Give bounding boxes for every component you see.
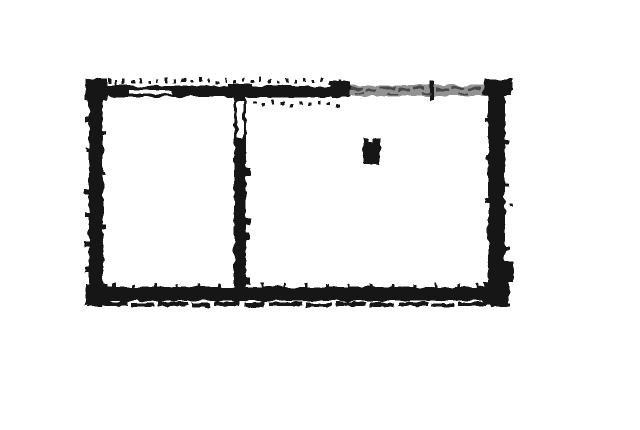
scan-speckle — [338, 79, 341, 84]
scan-speckle — [370, 303, 394, 307]
scan-speckle — [85, 267, 93, 272]
right-wall-bump — [501, 261, 514, 282]
scan-speckle — [132, 303, 154, 307]
scan-speckle — [84, 241, 93, 247]
scan-speckle — [154, 283, 157, 289]
scan-speckle — [312, 80, 314, 83]
scan-speckle — [392, 283, 394, 288]
scan-speckle — [308, 103, 312, 106]
scan-speckle — [233, 80, 236, 84]
scan-speckle — [485, 118, 492, 123]
bottom-right-corner-blob — [483, 282, 509, 305]
gray-band-dash — [350, 87, 362, 90]
partition-knob-2 — [245, 218, 250, 225]
scan-speckle — [413, 284, 416, 289]
scan-speckle — [192, 303, 210, 307]
scan-speckle — [214, 302, 240, 306]
scan-speckle — [131, 80, 135, 83]
scan-speckle — [295, 80, 297, 84]
scan-speckle — [253, 101, 257, 104]
scan-speckle — [158, 302, 188, 306]
scan-speckle — [510, 203, 513, 207]
scan-speckle — [182, 78, 186, 82]
scan-speckle — [503, 247, 509, 251]
scan-speckle — [370, 284, 373, 289]
scan-speckle — [303, 78, 306, 82]
scan-speckle — [225, 78, 227, 83]
top-left-corner-blob — [85, 79, 108, 100]
gray-band-dash — [458, 93, 468, 95]
scan-speckle — [320, 78, 323, 82]
scan-speckle — [306, 303, 332, 307]
scan-speckle — [398, 302, 428, 306]
scan-speckle — [435, 283, 437, 289]
scan-speckle — [108, 79, 111, 84]
scan-speckle — [191, 80, 193, 83]
scan-speckle — [199, 77, 202, 82]
scan-speckle — [318, 100, 321, 104]
scan-speckle — [326, 284, 329, 289]
gray-band-dash — [380, 86, 394, 89]
scan-speckle — [208, 79, 210, 83]
scan-speckle — [286, 78, 289, 83]
scan-speckle — [165, 78, 168, 83]
scan-speckle — [348, 283, 350, 289]
scan-speckle — [283, 284, 285, 289]
scan-speckle — [329, 81, 332, 85]
scan-speckle — [101, 172, 106, 175]
scan-speckle — [271, 100, 274, 104]
scan-speckle — [176, 284, 178, 289]
floor-plan-diagram — [0, 0, 640, 430]
gray-band-dash — [388, 93, 399, 95]
scanned-page — [0, 0, 640, 430]
scan-speckle — [259, 77, 261, 82]
scan-speckle — [115, 81, 117, 85]
scan-speckle — [280, 102, 284, 105]
scan-speckle — [490, 303, 510, 307]
partition-slot — [237, 102, 243, 138]
scan-speckle — [262, 103, 265, 106]
scan-speckle — [268, 79, 271, 83]
scan-speckle — [504, 183, 509, 186]
scan-speckle — [85, 212, 93, 216]
scan-speckle — [156, 79, 158, 83]
scan-speckle — [148, 81, 151, 84]
scan-speckle — [122, 78, 125, 84]
scan-speckle — [100, 131, 106, 135]
scan-speckle — [251, 80, 254, 83]
scan-speckle — [100, 302, 128, 306]
gray-band-dash — [356, 92, 365, 94]
scan-speckle — [140, 78, 142, 83]
partition-knob-4 — [244, 276, 250, 284]
scan-speckle — [486, 155, 492, 159]
scan-speckle — [336, 302, 366, 306]
scan-speckle — [299, 101, 302, 104]
scan-speckle — [133, 284, 135, 289]
scan-speckle — [486, 228, 492, 232]
top-right-corner-blob — [483, 79, 512, 95]
scan-speckle — [503, 140, 509, 144]
gray-band-tick — [429, 81, 434, 100]
scan-speckle — [112, 283, 115, 289]
bottom-left-corner-blob — [86, 284, 107, 304]
scan-speckle — [197, 283, 200, 288]
gray-band-dash — [422, 92, 431, 94]
scan-speckle — [290, 104, 293, 107]
partition-top-joint — [228, 84, 252, 96]
scan-speckle — [268, 302, 302, 306]
scan-speckle — [85, 117, 93, 122]
top-wall-slit — [129, 90, 172, 94]
gray-band-dash — [452, 86, 464, 89]
gray-band-dash — [468, 88, 480, 91]
scan-speckle — [84, 189, 93, 194]
partition-knob-1 — [245, 168, 251, 176]
scan-speckle — [173, 80, 175, 84]
scan-speckle — [216, 81, 219, 84]
scan-speckle — [277, 81, 279, 84]
scan-speckle — [457, 284, 460, 289]
scan-speckle — [485, 198, 492, 203]
scan-speckle — [242, 78, 244, 82]
scan-speckle — [86, 148, 93, 152]
scan-speckle — [261, 283, 264, 289]
gray-band-dash — [436, 88, 450, 91]
scan-speckle — [327, 102, 330, 105]
bottom-wall — [89, 287, 509, 301]
gray-band-dash — [366, 89, 376, 92]
scan-speckle — [458, 302, 486, 306]
scan-speckle — [100, 258, 105, 261]
top-wall-left — [89, 86, 351, 97]
scan-speckle — [476, 283, 479, 288]
scan-speckle — [219, 284, 221, 289]
partition-knob-3 — [245, 233, 250, 239]
scan-speckle — [432, 303, 454, 307]
scan-speckle — [100, 225, 106, 229]
scan-speckle — [305, 283, 308, 288]
scan-speckle — [244, 303, 264, 307]
scan-speckle — [336, 104, 340, 107]
gray-band-dash — [398, 88, 410, 91]
gray-band-dash — [414, 87, 424, 90]
room-stamp-mark-notch — [369, 138, 373, 143]
